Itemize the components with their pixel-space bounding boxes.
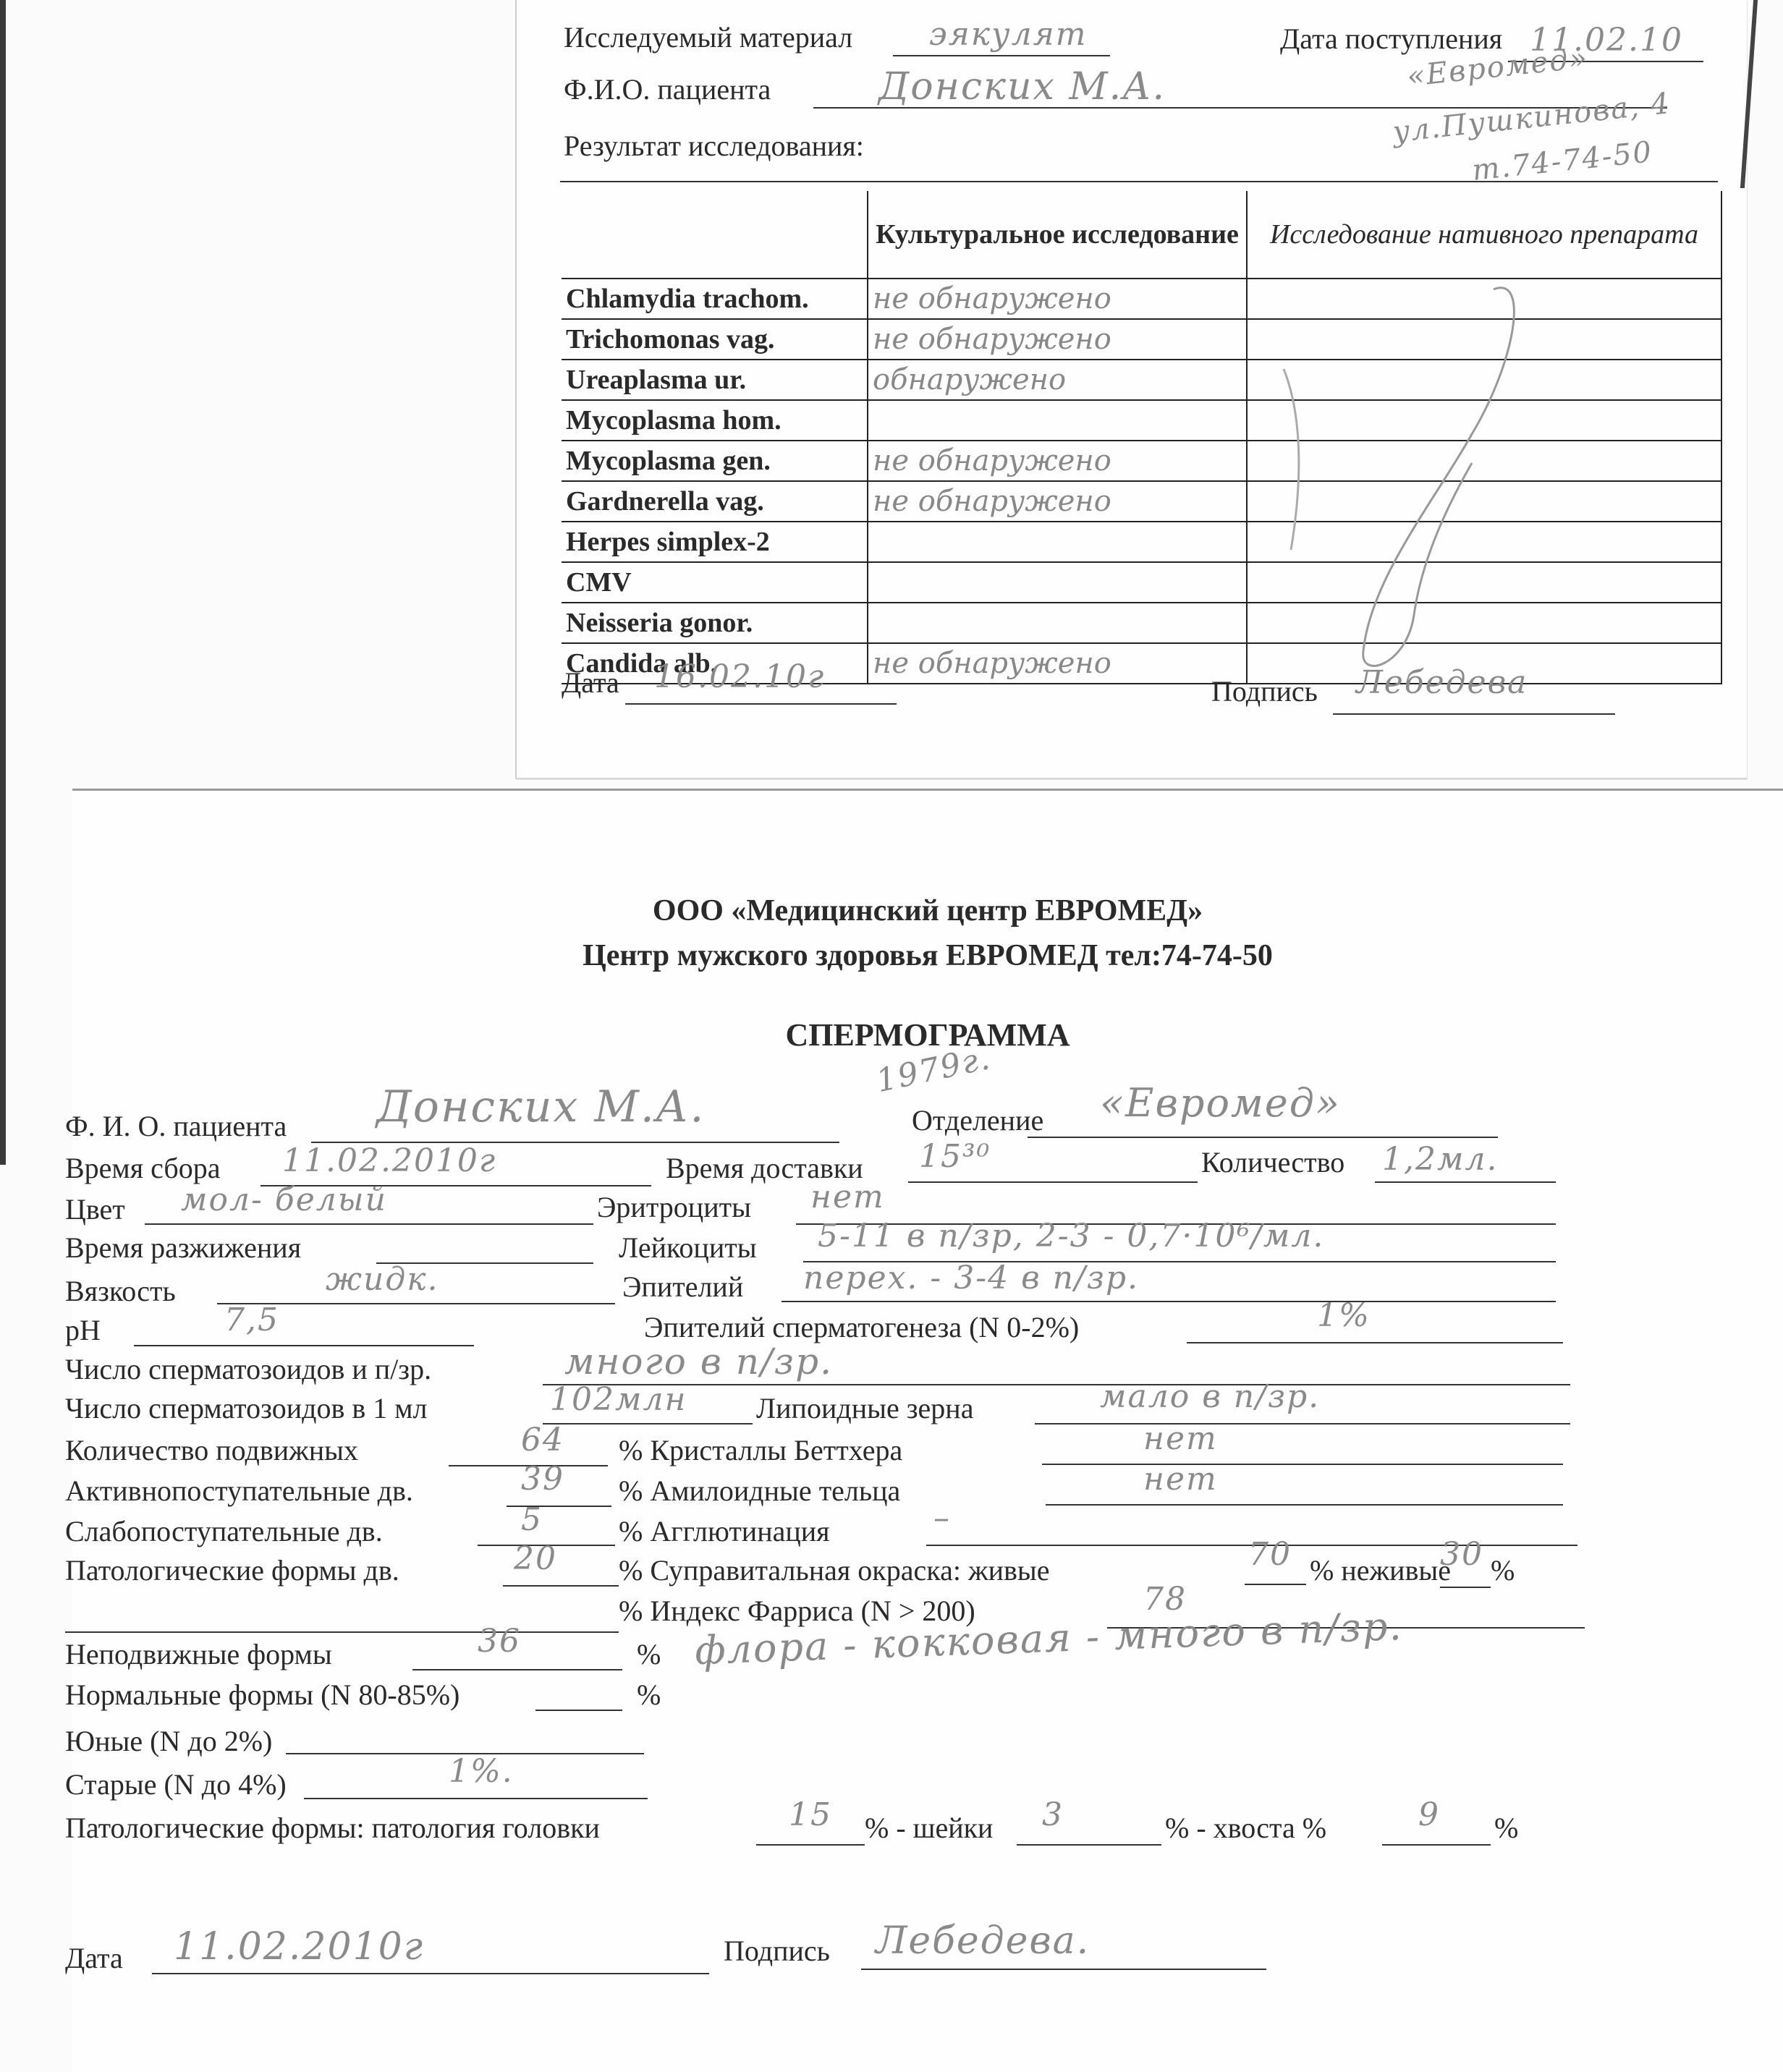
table-row: Herpes simplex-2 [562, 522, 1721, 562]
side-note-line3: т.74-74-50 [1470, 135, 1654, 187]
pathology-tail-label: % - хвоста % [1165, 1811, 1326, 1845]
pathology-tail-unit: % [1494, 1811, 1518, 1845]
org-name: ООО «Медицинский центр ЕВРОМЕД» [72, 893, 1783, 928]
table-row: Mycoplasma gen.не обнаружено [562, 441, 1721, 481]
collect-time-label: Время сбора [65, 1151, 221, 1185]
table-row: Ureaplasma ur.обнаружено [562, 360, 1721, 400]
erythrocytes-label: Эритроциты [597, 1190, 751, 1224]
received-date-label: Дата поступления [1280, 22, 1502, 56]
spermatogenesis-epithelium-value: 1% [1317, 1297, 1371, 1334]
scan-background-edge [0, 0, 6, 1165]
table-row: Neisseria gonor. [562, 603, 1721, 643]
sperm-per-ml-label: Число сперматозоидов в 1 мл [65, 1391, 428, 1425]
alive-value: 70 [1248, 1536, 1292, 1573]
table-header-row: Культуральное исследование Исследование … [562, 191, 1721, 279]
leukocytes-value: 5-11 в п/зр, 2-3 - 0,7·10⁶/мл. [818, 1218, 1324, 1254]
quantity-label: Количество [1201, 1145, 1344, 1179]
motile-value: 64 [521, 1422, 564, 1459]
lipoid-label: Липоидные зерна [756, 1391, 973, 1425]
culture-results-card: Исследуемый материал эякулят Дата поступ… [515, 0, 1747, 779]
card-signature-value: Лебедева [1356, 664, 1528, 701]
lipoid-value: мало в п/зр. [1100, 1378, 1320, 1415]
epithelium-value: перех. - 3-4 в п/зр. [803, 1260, 1139, 1296]
organism-cell: CMV [562, 562, 868, 603]
active-progressive-value: 39 [521, 1461, 564, 1498]
culture-result-cell: не обнаружено [868, 441, 1247, 481]
liquefaction-label: Время разжижения [65, 1231, 301, 1265]
native-result-cell [1247, 481, 1721, 522]
collect-time-value: 11.02.2010г [282, 1142, 496, 1179]
culture-result-cell [868, 603, 1247, 643]
form-signature-value: Лебедева. [876, 1919, 1090, 1963]
young-label: Юные (N до 2%) [65, 1724, 272, 1758]
table-row: Trichomonas vag.не обнаружено [562, 319, 1721, 360]
pathological-motion-unit: % [619, 1554, 643, 1587]
ph-label: pH [65, 1313, 101, 1347]
patient-label: Ф. И. О. пациента [65, 1109, 287, 1143]
form-date-value: 11.02.2010г [174, 1925, 424, 1969]
table-row: Chlamydia trachom.не обнаружено [562, 279, 1721, 319]
immobile-label: Неподвижные формы [65, 1637, 332, 1671]
pathology-head-value: 15 [789, 1796, 832, 1833]
color-value: мол- белый [181, 1181, 387, 1218]
organism-cell: Gardnerella vag. [562, 481, 868, 522]
erythrocytes-value: нет [810, 1179, 885, 1215]
normal-forms-unit: % [637, 1678, 661, 1712]
form-title: СПЕРМОГРАММА [72, 1016, 1783, 1053]
patient-value: Донских М.А. [376, 1082, 705, 1132]
card-signature-label: Подпись [1211, 674, 1318, 708]
quantity-value: 1,2мл. [1382, 1141, 1498, 1178]
immobile-value: 36 [478, 1623, 521, 1660]
ph-value: 7,5 [224, 1302, 279, 1338]
department-label: Отделение [912, 1103, 1043, 1137]
organism-cell: Mycoplasma hom. [562, 400, 868, 441]
culture-result-cell: не обнаружено [868, 643, 1247, 684]
organism-cell: Chlamydia trachom. [562, 279, 868, 319]
department-value: «Евромед» [1100, 1080, 1341, 1126]
amyloid-value: нет [1143, 1461, 1218, 1498]
organism-cell: Neisseria gonor. [562, 603, 868, 643]
spermatogenesis-epithelium-label: Эпителий сперматогенеза (N 0-2%) [644, 1310, 1079, 1344]
weak-progressive-label: Слабопоступательные дв. [65, 1514, 383, 1548]
table-row: Gardnerella vag.не обнаружено [562, 481, 1721, 522]
organism-cell: Ureaplasma ur. [562, 360, 868, 400]
form-signature-label: Подпись [724, 1934, 830, 1968]
amyloid-label: Амилоидные тельца [650, 1474, 900, 1507]
pathology-neck-label: % - шейки [865, 1811, 993, 1845]
delivery-time-value: 15³⁰ [919, 1138, 991, 1175]
org-subtitle: Центр мужского здоровья ЕВРОМЕД тел:74-7… [72, 938, 1783, 973]
agglutination-label: Агглютинация [650, 1515, 829, 1547]
culture-result-cell: не обнаружено [868, 319, 1247, 360]
native-result-cell [1247, 360, 1721, 400]
weak-progressive-unit: % [619, 1515, 643, 1547]
spermogram-form: ООО «Медицинский центр ЕВРОМЕД» Центр му… [72, 789, 1783, 2072]
old-label: Старые (N до 4%) [65, 1767, 287, 1801]
pathological-motion-value: 20 [514, 1540, 557, 1577]
pathology-tail-value: 9 [1418, 1796, 1440, 1833]
viscosity-label: Вязкость [65, 1274, 176, 1308]
sperm-per-field-value: много в п/зр. [564, 1341, 833, 1383]
organism-cell: Herpes simplex-2 [562, 522, 868, 562]
culture-result-cell [868, 522, 1247, 562]
native-result-cell [1247, 603, 1721, 643]
dead-unit: % [1491, 1553, 1515, 1587]
material-label: Исследуемый материал [564, 20, 852, 54]
card-shadow-edge [1740, 0, 1758, 188]
normal-forms-label: Нормальные формы (N 80-85%) [65, 1678, 459, 1712]
sperm-per-field-label: Число сперматозоидов и п/зр. [65, 1352, 431, 1386]
motile-unit: % [619, 1434, 643, 1466]
native-result-cell [1247, 319, 1721, 360]
culture-result-cell [868, 400, 1247, 441]
native-result-cell [1247, 562, 1721, 603]
culture-results-table: Культуральное исследование Исследование … [562, 191, 1722, 684]
native-result-cell [1247, 400, 1721, 441]
dead-value: 30 [1440, 1536, 1483, 1573]
native-result-cell [1247, 522, 1721, 562]
patient-label: Ф.И.О. пациента [564, 72, 771, 106]
native-result-cell [1247, 279, 1721, 319]
epithelium-label: Эпителий [622, 1270, 743, 1304]
culture-result-cell: обнаружено [868, 360, 1247, 400]
culture-result-cell: не обнаружено [868, 279, 1247, 319]
native-result-cell [1247, 441, 1721, 481]
bottcher-label: Кристаллы Беттхера [650, 1434, 902, 1466]
agglutination-value: – [933, 1500, 951, 1537]
dead-label: % неживые [1310, 1553, 1451, 1587]
active-progressive-label: Активнопоступательные дв. [65, 1474, 413, 1508]
old-value: 1%. [449, 1753, 514, 1790]
pathology-head-label: Патологические формы: патология головки [65, 1811, 600, 1845]
table-header-native: Исследование нативного препарата [1247, 191, 1721, 279]
table-row: CMV [562, 562, 1721, 603]
table-header-organism [562, 191, 868, 279]
material-value: эякулят [929, 16, 1087, 53]
immobile-unit: % [637, 1637, 661, 1671]
culture-result-cell: не обнаружено [868, 481, 1247, 522]
viscosity-value: жидк. [326, 1261, 439, 1298]
pathological-motion-label: Патологические формы дв. [65, 1553, 399, 1587]
supravital-label: Суправитальная окраска: живые [650, 1554, 1049, 1587]
card-date-value: 16.02.10г [654, 658, 825, 695]
active-progressive-unit: % [619, 1474, 643, 1507]
leukocytes-label: Лейкоциты [619, 1231, 757, 1265]
motile-label: Количество подвижных [65, 1433, 358, 1467]
sperm-per-ml-value: 102млн [550, 1381, 687, 1418]
organism-cell: Mycoplasma gen. [562, 441, 868, 481]
culture-result-cell [868, 562, 1247, 603]
patient-value: Донских М.А. [878, 65, 1166, 109]
pathology-neck-value: 3 [1042, 1796, 1064, 1833]
organism-cell: Trichomonas vag. [562, 319, 868, 360]
card-date-label: Дата [562, 666, 619, 700]
weak-progressive-value: 5 [521, 1501, 543, 1538]
table-row: Mycoplasma hom. [562, 400, 1721, 441]
bottcher-value: нет [1143, 1420, 1218, 1457]
color-label: Цвет [65, 1192, 125, 1226]
form-date-label: Дата [65, 1941, 123, 1975]
table-header-culture: Культуральное исследование [868, 191, 1247, 279]
result-label: Результат исследования: [564, 129, 864, 163]
